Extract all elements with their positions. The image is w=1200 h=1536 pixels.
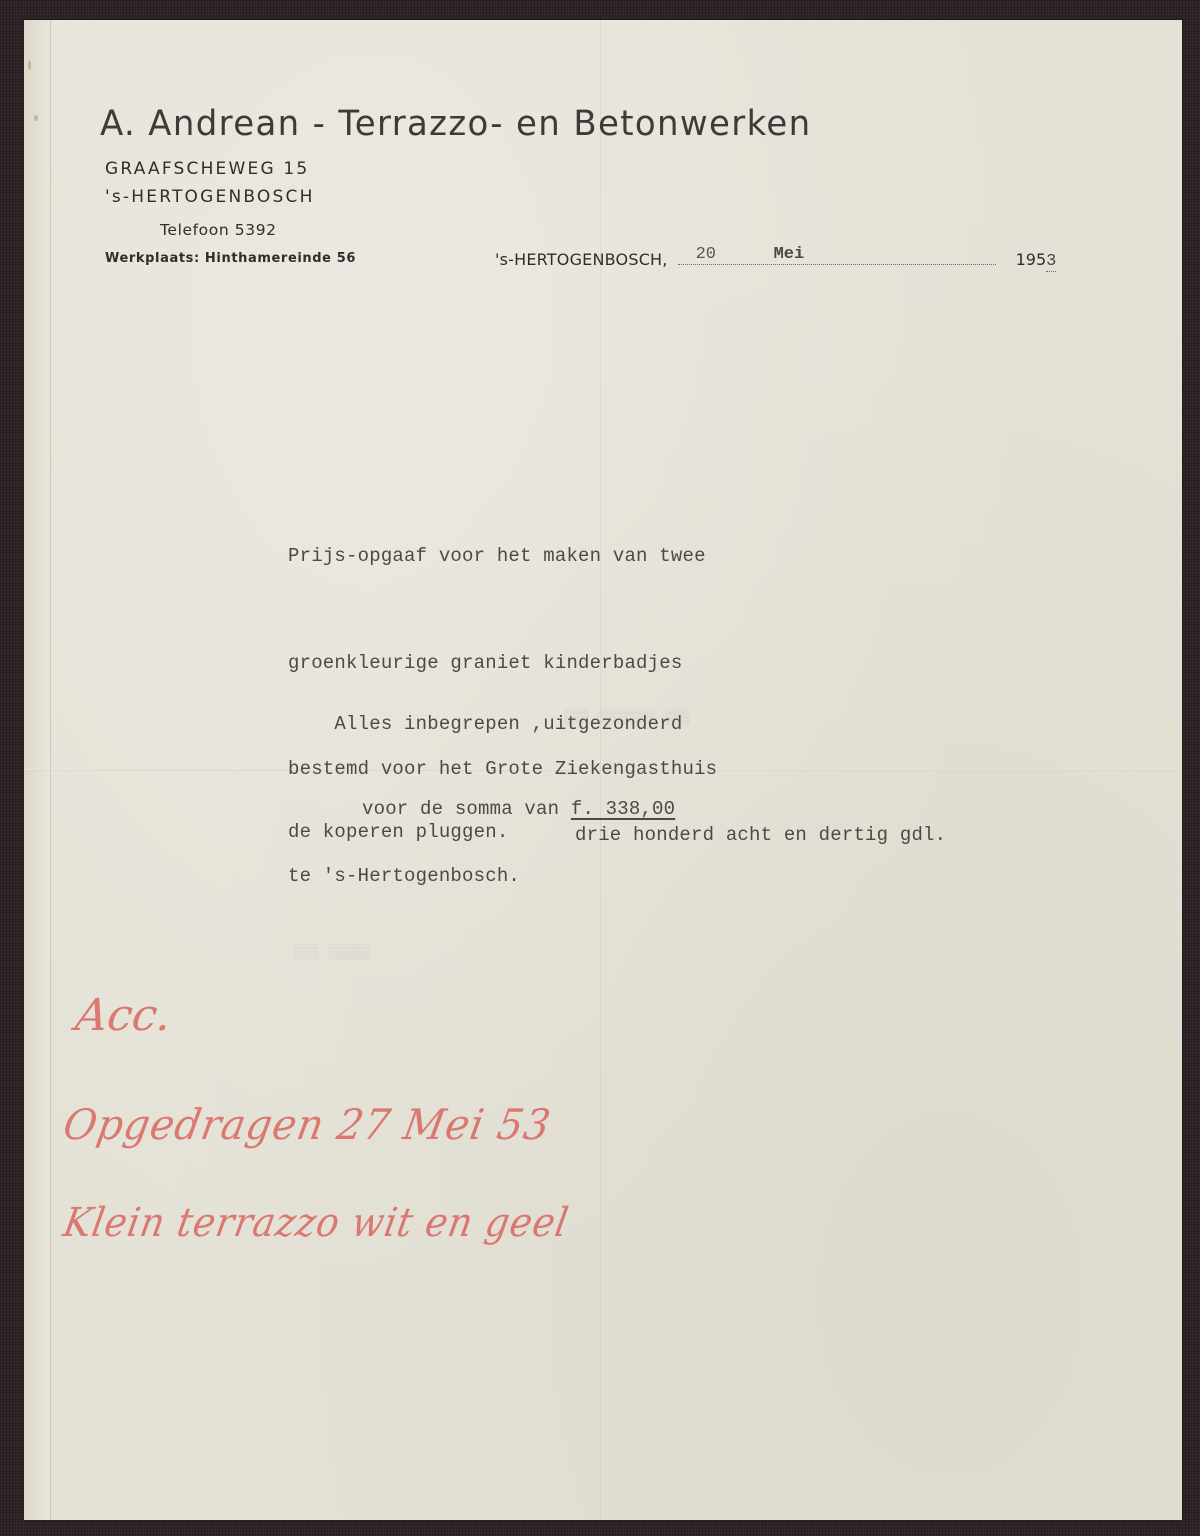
quote-note: Alles inbegrepen ,uitgezonderd de kopere… xyxy=(288,634,682,922)
handwritten-commissioned: Opgedragen 27 Mei 53 xyxy=(60,1100,555,1149)
amount-label: voor de somma van xyxy=(362,798,571,820)
handwritten-acc: Acc. xyxy=(72,990,174,1041)
company-street: GRAAFSCHEWEG 15 xyxy=(105,159,309,179)
handwritten-material-note: Klein terrazzo wit en geel xyxy=(60,1200,572,1246)
date-year-suffix: 3 xyxy=(1046,252,1056,272)
amount-value: f. 338,00 xyxy=(571,798,675,820)
show-through-text: ▒▒▒ ▒▒▒▒▒ xyxy=(294,945,370,961)
rust-stain xyxy=(28,60,31,70)
date-year-prefix: 195 xyxy=(1016,250,1047,269)
date-day: 20 xyxy=(696,245,716,264)
date-month: Mei xyxy=(774,245,805,264)
rust-stain xyxy=(34,115,38,121)
company-city: 's-HERTOGENBOSCH xyxy=(105,187,315,207)
company-phone: Telefoon 5392 xyxy=(160,221,277,239)
company-name: A. Andrean - Terrazzo- en Betonwerken xyxy=(100,104,812,144)
dateline-city: 's-HERTOGENBOSCH, xyxy=(495,250,668,269)
dateline: 's-HERTOGENBOSCH, 20 Mei 1953 xyxy=(495,244,1095,270)
body-line: Prijs-opgaaf voor het maken van twee xyxy=(288,539,717,575)
amount-line: voor de somma van f. 338,00 xyxy=(362,798,675,820)
letter-page: A. Andrean - Terrazzo- en Betonwerken GR… xyxy=(24,20,1182,1520)
date-dotted-field: 20 Mei xyxy=(678,244,996,265)
amount-in-words: drie honderd acht en dertig gdl. xyxy=(575,824,946,846)
show-through-text: ▒▒▒ ▒▒▒▒▒▒▒ ▒▒▒ xyxy=(564,710,690,726)
company-workshop: Werkplaats: Hinthamereinde 56 xyxy=(105,251,356,266)
